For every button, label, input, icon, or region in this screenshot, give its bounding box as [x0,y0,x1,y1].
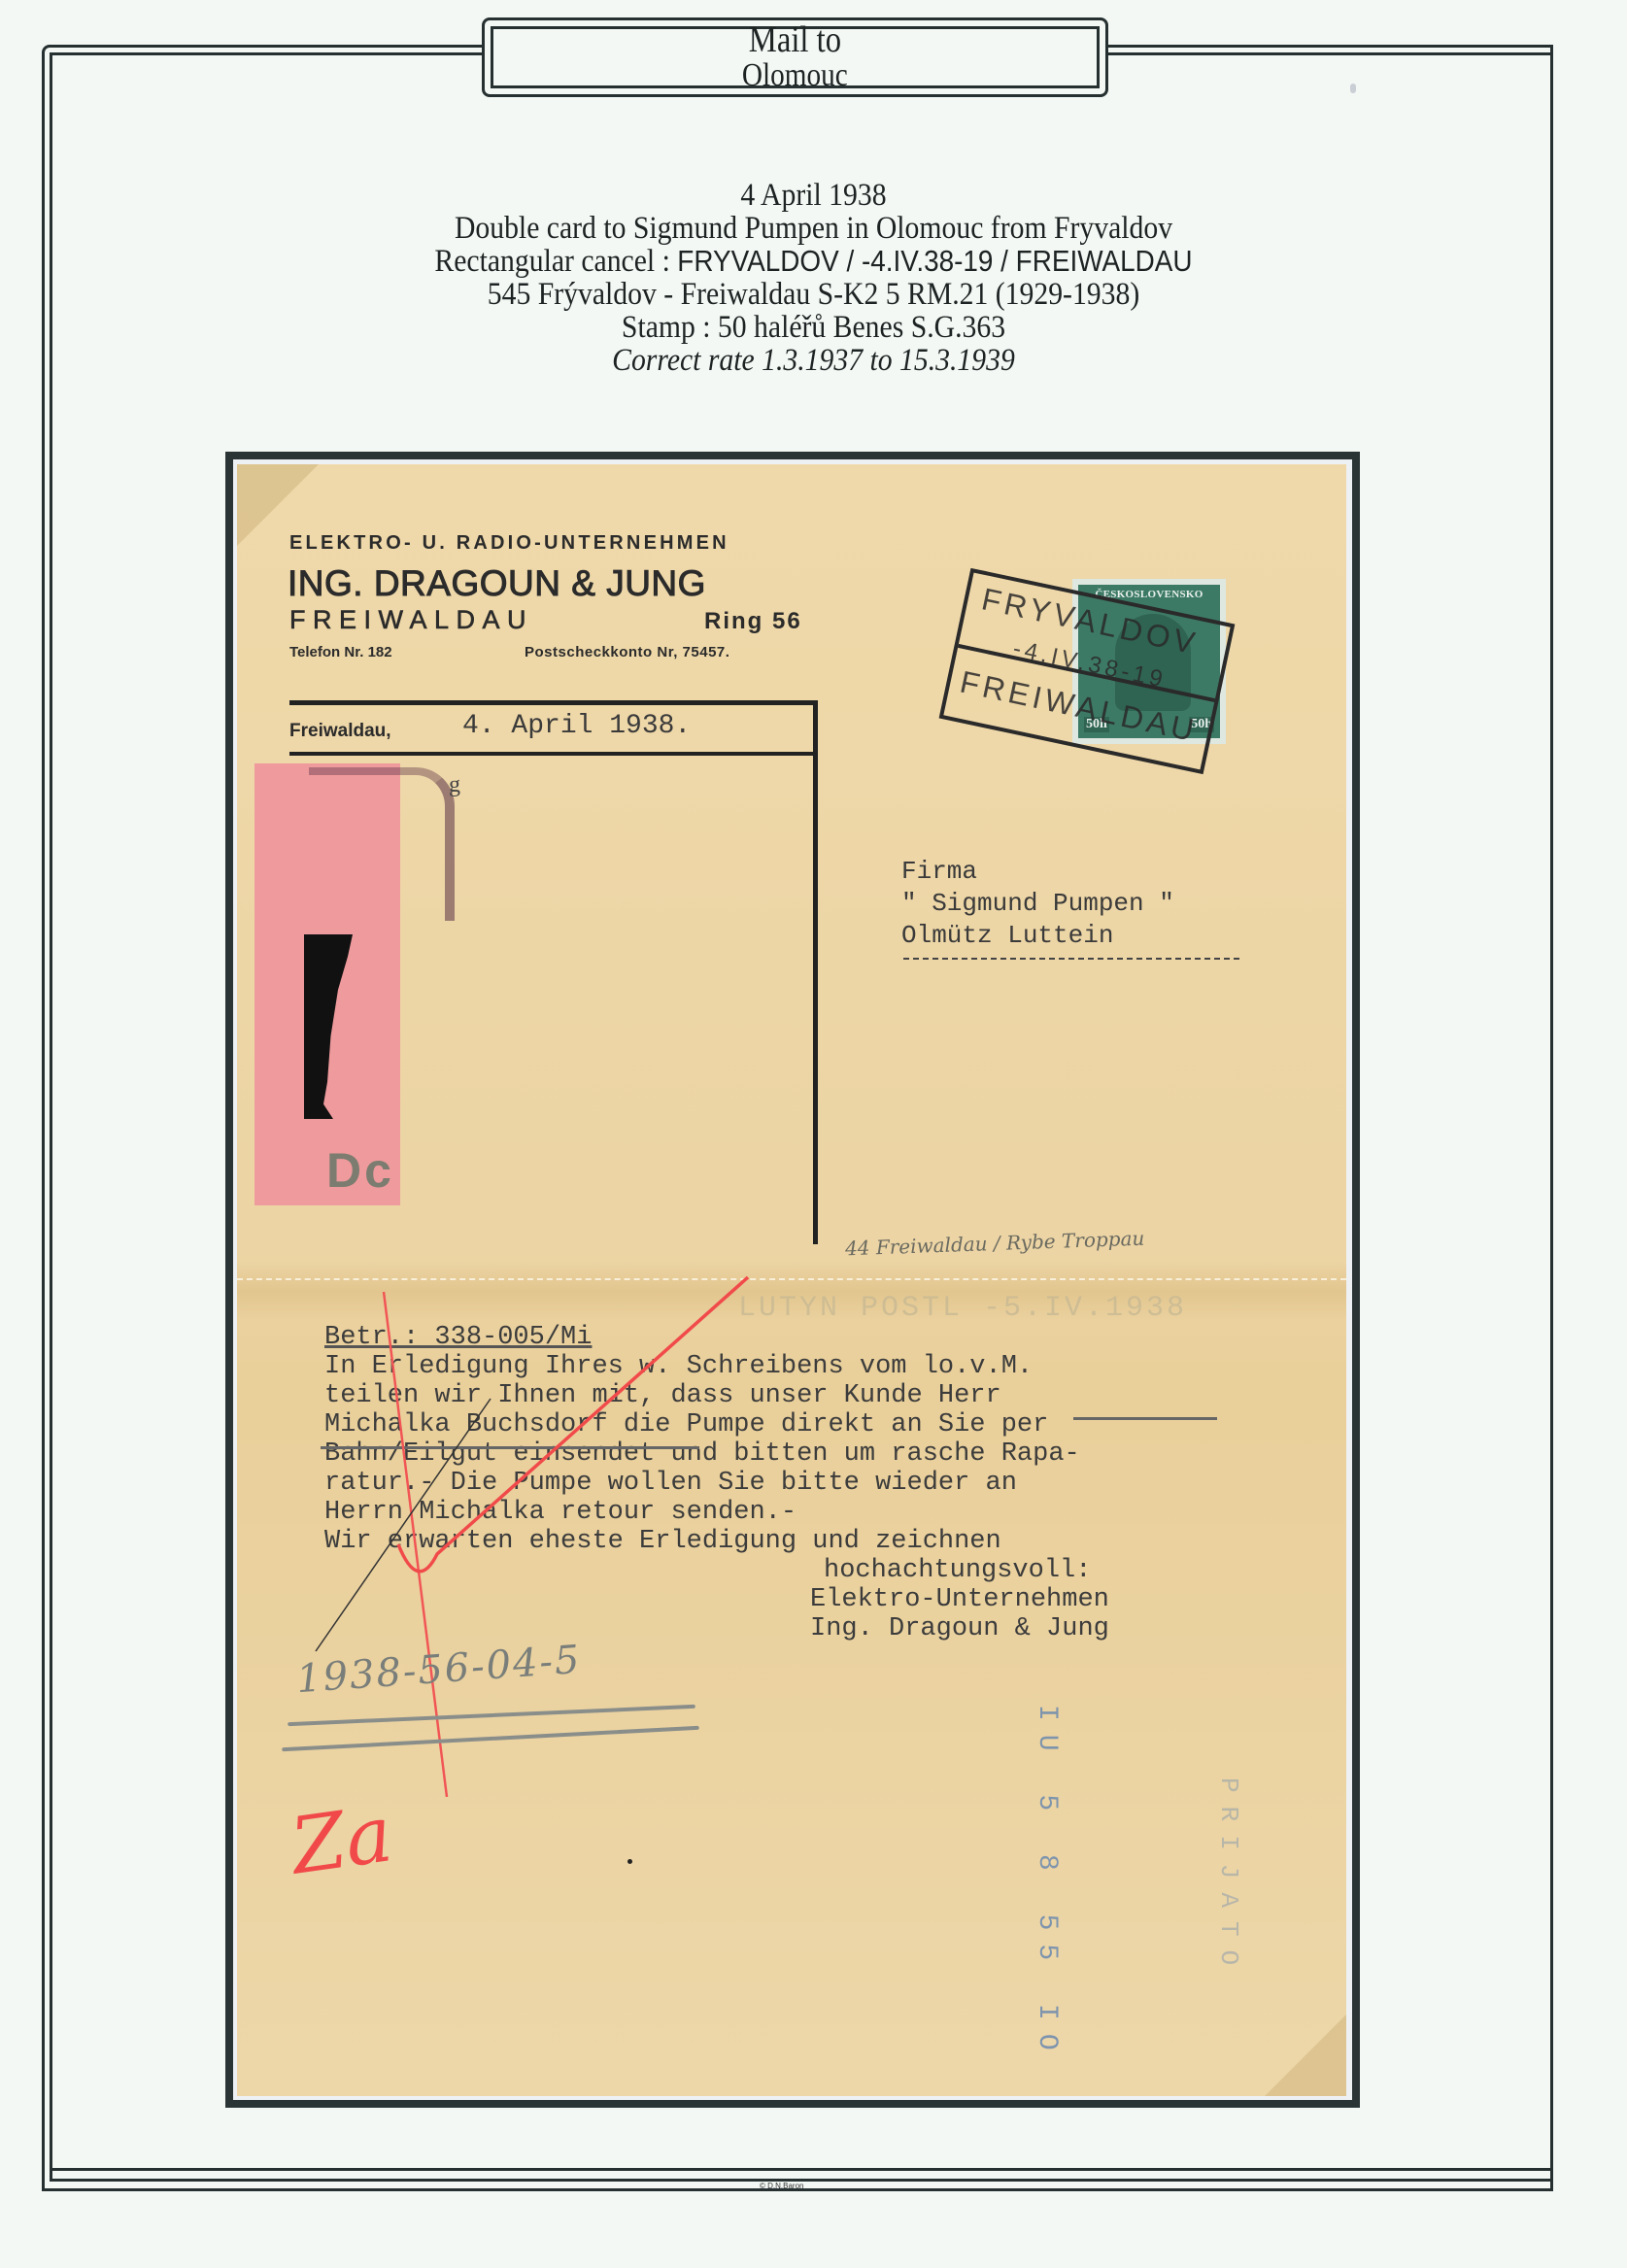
description-summary: Double card to Sigmund Pumpen in Olomouc… [256,212,1372,245]
description-cancel: Rectangular cancel : FRYVALDOV / -4.IV.3… [256,245,1372,278]
pencil-underline [1073,1417,1217,1420]
page-rule [50,2168,1553,2171]
typed-date: 4. April 1938. [462,711,691,741]
message-line: In Erledigung Ihres w. Schreibens vom lo… [324,1352,1033,1381]
description-rate: Correct rate 1.3.1937 to 15.3.1939 [256,344,1372,377]
address-line1: Firma [901,857,977,886]
letterhead-postcheck: Postscheckkonto Nr, 75457. [525,644,729,660]
letterhead-street: Ring 56 [704,608,802,635]
message-line: Wir erwarten eheste Erledigung und zeich… [324,1527,1001,1556]
address-frame-right [813,700,818,1244]
photo-corner-icon [1265,2014,1346,2096]
description-date: 4 April 1938 [256,179,1372,212]
message-reference: Betr.: 338-005/Mi [324,1323,592,1352]
message-line: ratur.- Die Pumpe wollen Sie bitte wiede… [324,1469,1017,1498]
message-line: Michalka Buchsdorf die Pumpe direkt an S… [324,1410,1048,1439]
description-catalogue: 545 Frývaldov - Freiwaldau S-K2 5 RM.21 … [256,278,1372,311]
letterhead-phone: Telefon Nr. 182 [289,644,392,660]
address-line2: " Sigmund Pumpen " [901,889,1174,918]
label-fragment-g: g [449,772,460,798]
address-line3: Olmütz Luttein [901,921,1113,950]
ink-dot [627,1859,632,1864]
label-fragment-dc: Dc [326,1142,394,1199]
copyright: © D.N.Baron [760,2182,803,2190]
faint-receiving-strike: LUTYN POSTL -5.IV.1938 [738,1292,1187,1325]
description-stamp: Stamp : 50 haléřů Benes S.G.363 [256,311,1372,344]
message-line: Herrn Michalka retour senden.- [324,1498,797,1527]
card-fold-line [237,1278,1346,1280]
stamp-remnant-icon [309,767,455,921]
red-initials: Za [286,1788,397,1891]
letterhead-line1: ELEKTRO- U. RADIO-UNTERNEHMEN [289,532,729,555]
letterhead-town: FREIWALDAU [289,605,533,635]
address-underline [903,958,1239,960]
signature-line1: Elektro-Unternehmen [810,1585,1109,1614]
letterhead-company: ING. DRAGOUN & JUNG [288,563,706,604]
place-label: Freiwaldau, [289,721,391,742]
address-frame-top [289,700,818,705]
scan-speck [1350,84,1356,93]
message-closing: hochachtungsvoll: [824,1556,1091,1585]
message-line: Bahn/Eilgut einsendet und bitten um rasc… [324,1439,1080,1469]
signature-line2: Ing. Dragoun & Jung [810,1614,1109,1643]
page-subtitle: Olomouc [742,58,848,93]
description-block: 4 April 1938 Double card to Sigmund Pump… [194,179,1433,377]
pencil-underline [321,1446,699,1449]
cancel-value: FRYVALDOV / -4.IV.38-19 / FREIWALDAU [677,244,1192,278]
message-line: teilen wir Ihnen mit, dass unser Kunde H… [324,1381,1001,1410]
cancel-label: Rectangular cancel : [434,244,677,279]
blue-arrival-stamp-faint: PRIJATO [1214,1777,1243,1979]
blue-arrival-stamp: IU 5 8 55 IO [1032,1705,1062,2064]
date-rule [289,752,814,756]
page-title-box: Mail to Olomouc [482,17,1108,97]
page-title: Mail to [749,21,841,58]
